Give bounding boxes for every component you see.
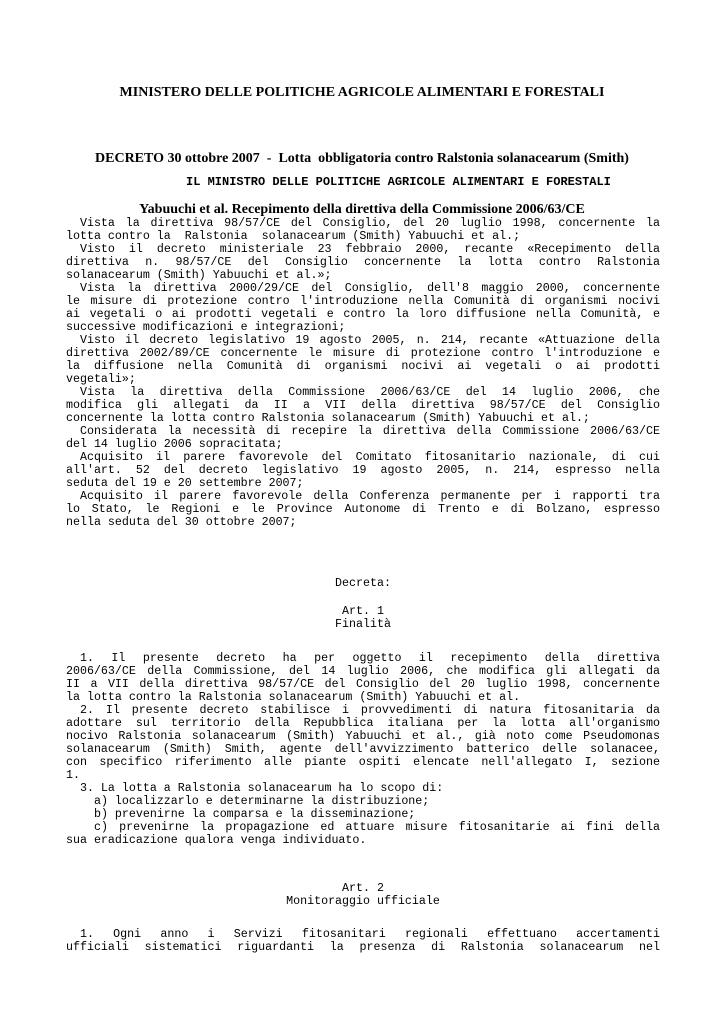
paragraph-line: solanacearum (Smith) Yabuuchi et al.»; xyxy=(66,269,660,282)
paragraph-line: solanacearum (Smith) Smith, agente dell'… xyxy=(66,743,660,756)
paragraph: 1. Il presente decreto ha per oggetto il… xyxy=(66,652,660,704)
paragraph-line: 1. xyxy=(66,769,660,782)
paragraph-line: modifica gli allegati da II a VII della … xyxy=(66,399,660,412)
paragraph-line: 1. Ogni anno i Servizi fitosanitari regi… xyxy=(66,928,660,941)
decree-title-line-1: DECRETO 30 ottobre 2007 - Lotta obbligat… xyxy=(0,150,724,167)
paragraph-line: ai vegetali o ai prodotti vegetali e con… xyxy=(66,308,660,321)
paragraph-line: Acquisito il parere favorevole della Con… xyxy=(66,490,660,503)
section-heading: Art. 1Finalità xyxy=(66,605,660,631)
paragraph-line: Visto il decreto legislativo 19 agosto 2… xyxy=(66,334,660,347)
paragraph-line: Vista la direttiva della Commissione 200… xyxy=(66,386,660,399)
section-heading-line: Finalità xyxy=(66,618,660,631)
paragraph: Acquisito il parere favorevole del Comit… xyxy=(66,451,660,490)
paragraph-line: a) localizzarlo e determinarne la distri… xyxy=(66,795,660,808)
paragraph-line: concernente la lotta contro Ralstonia so… xyxy=(66,412,660,425)
paragraph-line: direttiva 2002/89/CE concernente le misu… xyxy=(66,347,660,360)
paragraph-line: con specifico riferimento alle piante os… xyxy=(66,756,660,769)
paragraph-line: del 14 luglio 2006 sopracitata; xyxy=(66,438,660,451)
paragraph-line: adottare sul territorio della Repubblica… xyxy=(66,717,660,730)
paragraph-line: 2006/63/CE della Commissione, del 14 lug… xyxy=(66,665,660,678)
paragraph-line: 2. Il presente decreto stabilisce i prov… xyxy=(66,704,660,717)
section-heading-line: Art. 1 xyxy=(66,605,660,618)
section-heading-line: Decreta: xyxy=(66,577,660,590)
paragraph-line: vegetali»; xyxy=(66,373,660,386)
ministry-title: MINISTERO DELLE POLITICHE AGRICOLE ALIME… xyxy=(0,85,724,100)
paragraph: Acquisito il parere favorevole della Con… xyxy=(66,490,660,529)
paragraph-line: all'art. 52 del decreto legislativo 19 a… xyxy=(66,464,660,477)
paragraph-line: ufficiali sistematici riguardanti la pre… xyxy=(66,941,660,954)
document-body: Vista la direttiva 98/57/CE del Consigli… xyxy=(66,217,660,954)
paragraph-line: Acquisito il parere favorevole del Comit… xyxy=(66,451,660,464)
paragraph-line: nocivo Ralstonia solanacearum (Smith) Ya… xyxy=(66,730,660,743)
paragraph-line: sua eradicazione qualora venga individua… xyxy=(66,834,660,847)
paragraph-line: lotta contro la Ralstonia solanacearum (… xyxy=(66,230,660,243)
paragraph: a) localizzarlo e determinarne la distri… xyxy=(66,795,660,808)
paragraph-line: direttiva n. 98/57/CE del Consiglio conc… xyxy=(66,256,660,269)
section-heading-line: Art. 2 xyxy=(66,882,660,895)
section-heading: Decreta: xyxy=(66,577,660,590)
section-heading-line: Monitoraggio ufficiale xyxy=(66,895,660,908)
paragraph-line: successive modificazioni e integrazioni; xyxy=(66,321,660,334)
issuer-heading: IL MINISTRO DELLE POLITICHE AGRICOLE ALI… xyxy=(186,176,611,189)
paragraph-line: le misure di protezione contro l'introdu… xyxy=(66,295,660,308)
paragraph: b) prevenirne la comparsa e la dissemina… xyxy=(66,808,660,821)
document-page: MINISTERO DELLE POLITICHE AGRICOLE ALIME… xyxy=(0,0,724,1024)
paragraph: c) prevenirne la propagazione ed attuare… xyxy=(66,821,660,847)
paragraph: Visto il decreto ministeriale 23 febbrai… xyxy=(66,243,660,282)
paragraph-line: b) prevenirne la comparsa e la dissemina… xyxy=(66,808,660,821)
paragraph-line: Considerata la necessità di recepire la … xyxy=(66,425,660,438)
paragraph-line: II a VII della direttiva 98/57/CE del Co… xyxy=(66,678,660,691)
section-heading: Art. 2Monitoraggio ufficiale xyxy=(66,882,660,908)
paragraph-line: seduta del 19 e 20 settembre 2007; xyxy=(66,477,660,490)
paragraph: 2. Il presente decreto stabilisce i prov… xyxy=(66,704,660,782)
paragraph: Visto il decreto legislativo 19 agosto 2… xyxy=(66,334,660,386)
paragraph: Vista la direttiva 2000/29/CE del Consig… xyxy=(66,282,660,334)
paragraph: Vista la direttiva della Commissione 200… xyxy=(66,386,660,425)
paragraph-line: 3. La lotta a Ralstonia solanacearum ha … xyxy=(66,782,660,795)
paragraph-line: Vista la direttiva 2000/29/CE del Consig… xyxy=(66,282,660,295)
paragraph-line: Vista la direttiva 98/57/CE del Consigli… xyxy=(66,217,660,230)
paragraph-line: Visto il decreto ministeriale 23 febbrai… xyxy=(66,243,660,256)
paragraph: 3. La lotta a Ralstonia solanacearum ha … xyxy=(66,782,660,795)
decree-title-line-2: Yabuuchi et al. Recepimento della dirett… xyxy=(0,201,724,218)
paragraph-line: la lotta contro la Ralstonia solanacearu… xyxy=(66,691,660,704)
paragraph-line: c) prevenirne la propagazione ed attuare… xyxy=(66,821,660,834)
paragraph-line: la diffusione nella Comunità di organism… xyxy=(66,360,660,373)
paragraph: 1. Ogni anno i Servizi fitosanitari regi… xyxy=(66,928,660,954)
paragraph: Vista la direttiva 98/57/CE del Consigli… xyxy=(66,217,660,243)
paragraph-line: 1. Il presente decreto ha per oggetto il… xyxy=(66,652,660,665)
paragraph-line: nella seduta del 30 ottobre 2007; xyxy=(66,516,660,529)
paragraph: Considerata la necessità di recepire la … xyxy=(66,425,660,451)
paragraph-line: lo Stato, le Regioni e le Province Auton… xyxy=(66,503,660,516)
